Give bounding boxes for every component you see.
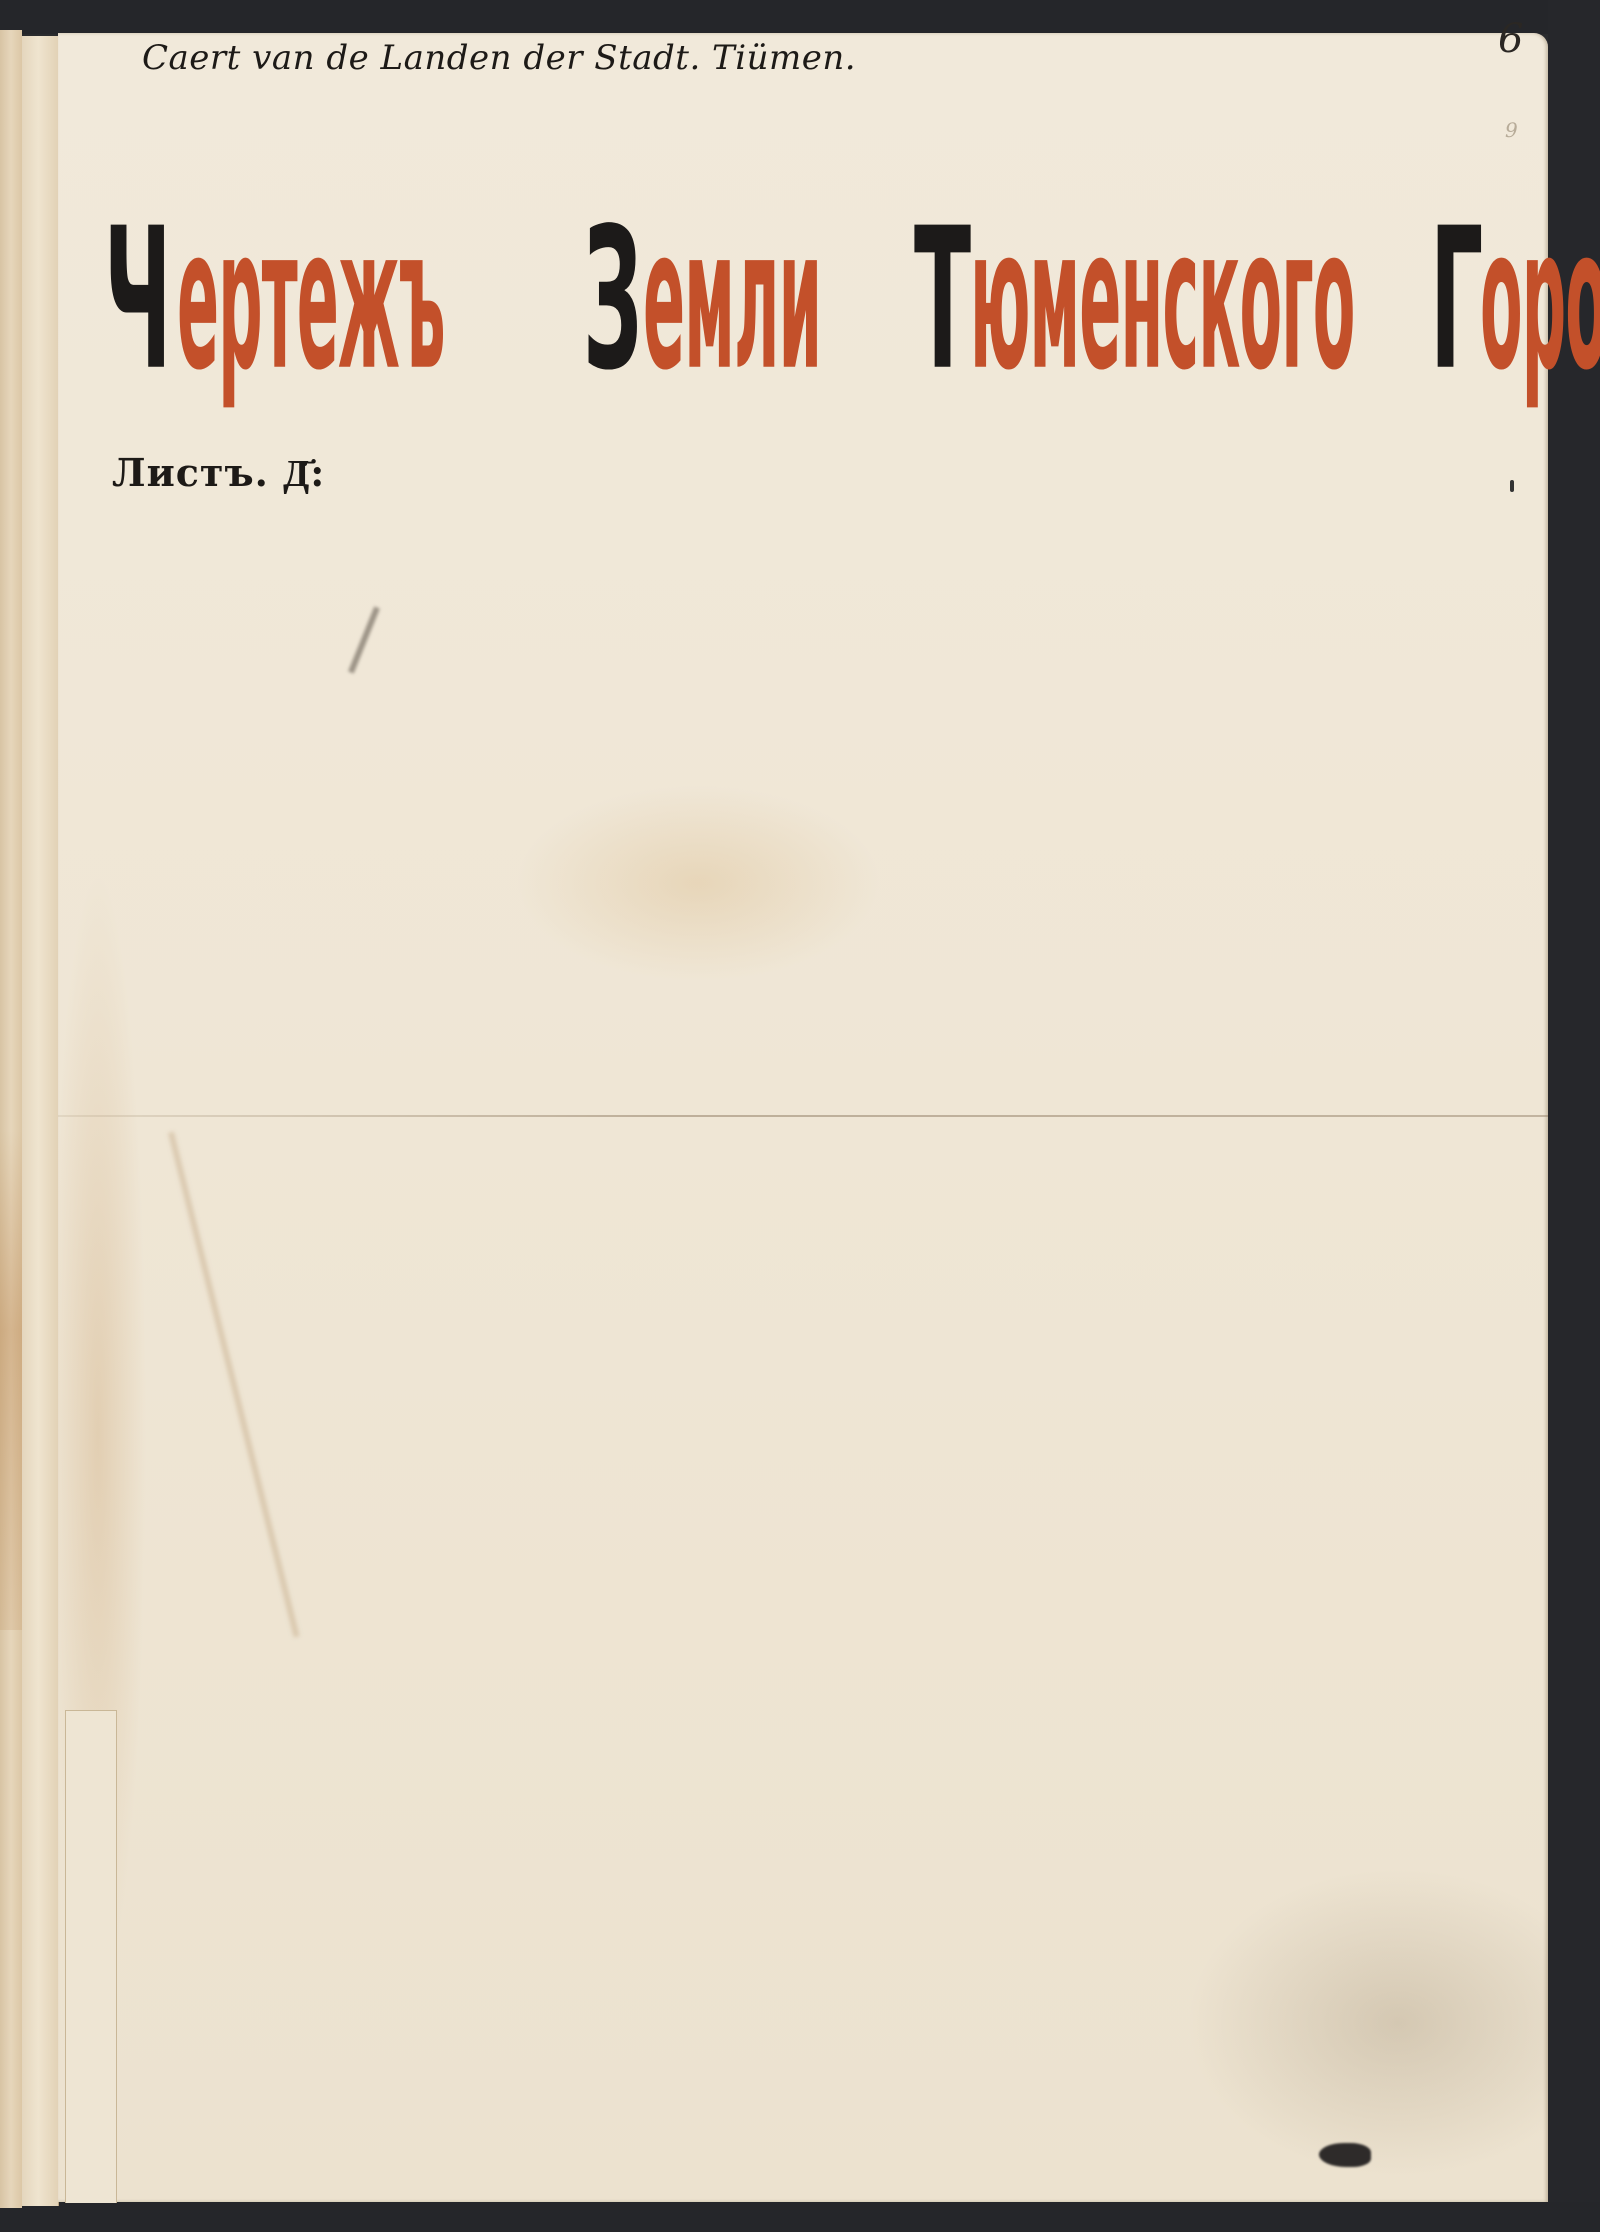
title-word-rest: юменского	[970, 203, 1354, 398]
pencil-smudge	[348, 606, 380, 673]
title-initial: З	[583, 203, 642, 398]
folio-number: 6	[1498, 16, 1523, 62]
title-word-rest: емли	[643, 203, 821, 398]
sheet-label: Листъ. Д҃:	[112, 450, 325, 496]
title-initial: Ч	[104, 203, 172, 398]
scan-background-bottom	[0, 2202, 1600, 2232]
diagonal-stain	[168, 1132, 300, 1638]
previous-page-edge	[0, 30, 22, 2208]
dutch-caption: Caert van de Landen der Stadt. Tiümen.	[142, 38, 856, 78]
margin-mark	[1510, 480, 1514, 492]
title-word-rest: орода	[1480, 203, 1600, 398]
ink-blot	[1319, 2143, 1371, 2167]
title-initial: Т	[914, 203, 971, 398]
vyaz-title: Ч ертежъ З емли Т юменского Г орода	[104, 168, 1600, 398]
paper-repair-strip	[65, 1710, 117, 2203]
manuscript-scan: Caert van de Landen der Stadt. Tiümen. 6…	[0, 0, 1600, 2232]
horizontal-fold-line	[58, 1115, 1548, 1117]
title-initial: Г	[1430, 203, 1483, 398]
title-word-zemli: З емли	[583, 248, 880, 398]
binding-gutter-strip	[22, 36, 59, 2206]
title-word-tyumenskogo: Т юменского	[914, 248, 1396, 398]
title-word-rest: ертежъ	[177, 203, 445, 398]
scan-background-top	[0, 0, 1600, 34]
title-word-goroda: Г орода	[1430, 248, 1600, 398]
title-word-chertezh: Ч ертежъ	[104, 248, 549, 398]
pencil-folio-number: 9	[1505, 118, 1518, 142]
